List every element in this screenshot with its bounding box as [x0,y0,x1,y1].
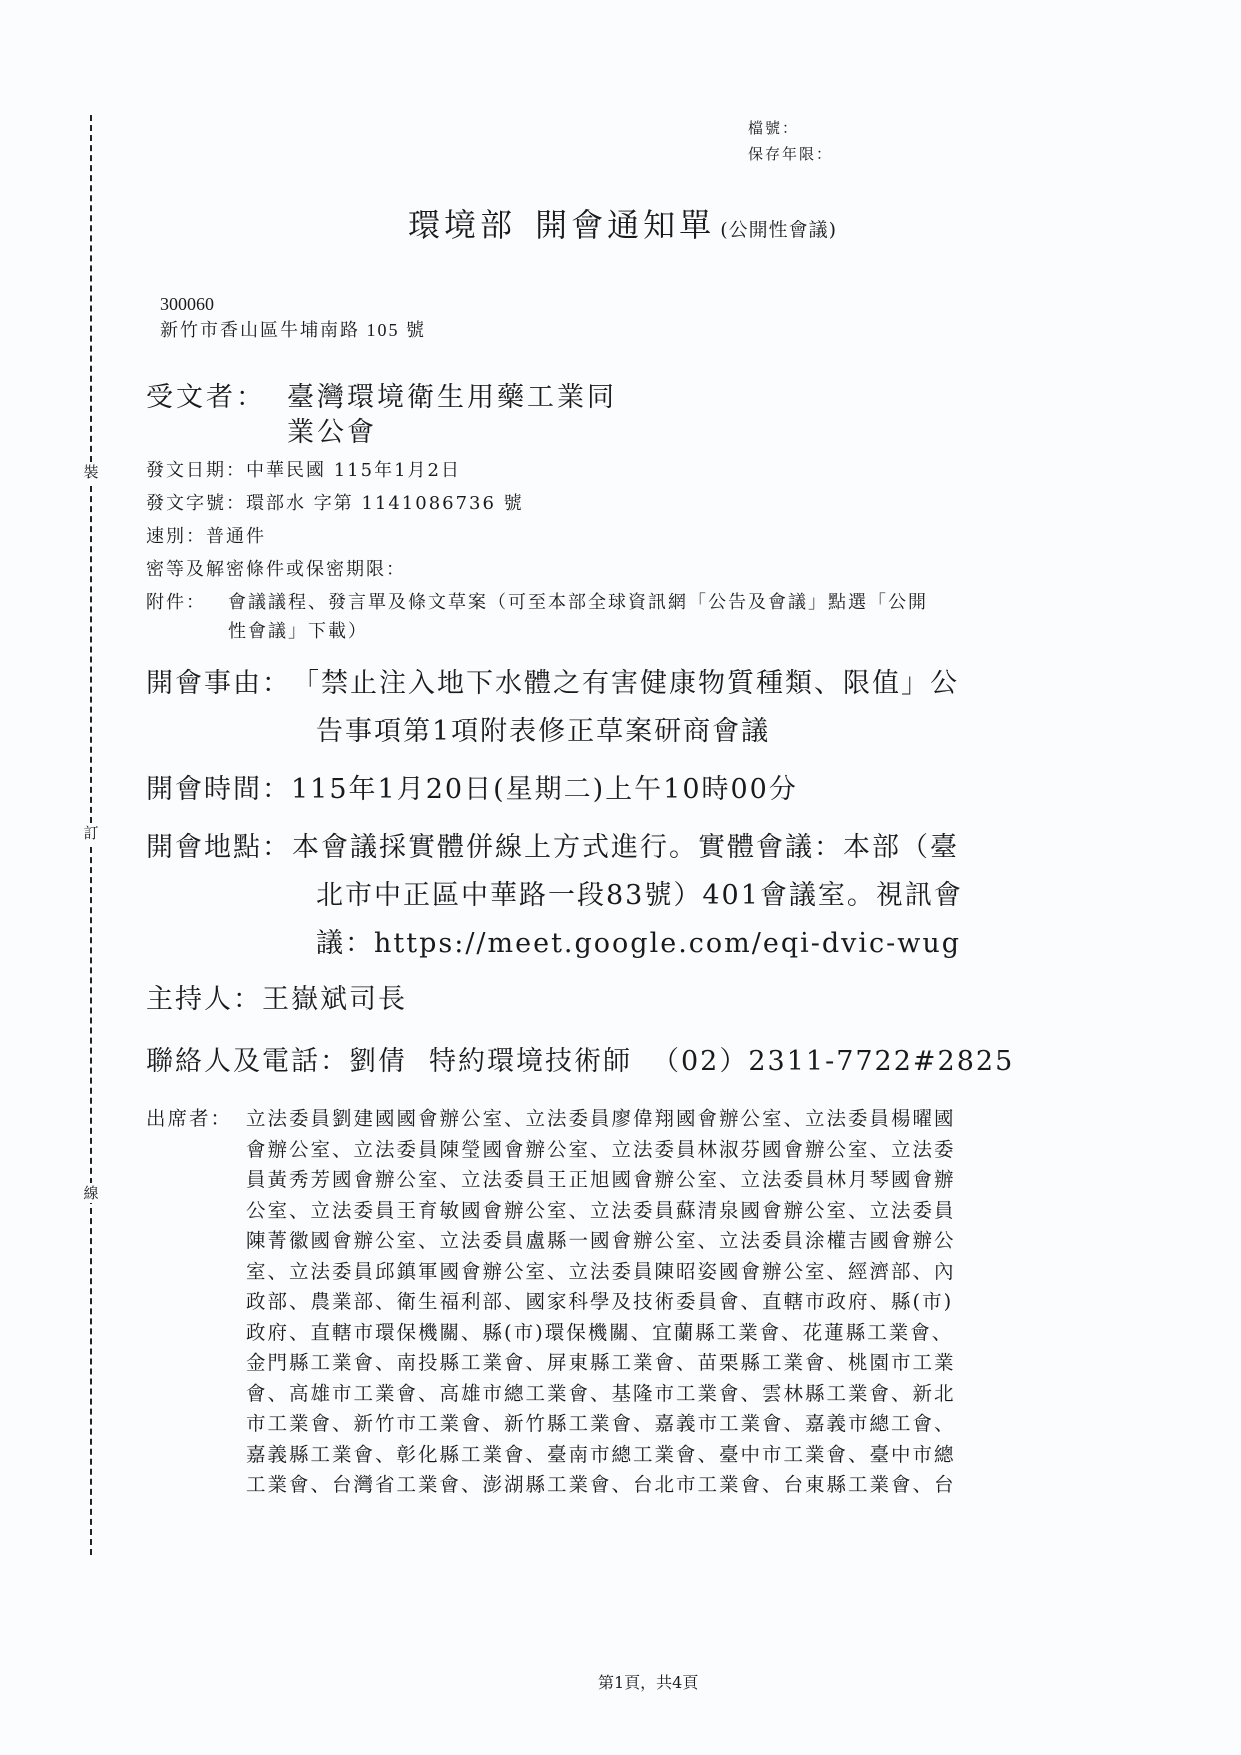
attendees-label: 出席者： [146,1104,232,1135]
meeting-reason-line-1: 「禁止注入地下水體之有害健康物質種類、限值」公 [292,662,959,706]
classification-label: 密等及解密條件或保密期限： [146,559,406,580]
meeting-location-line-3[interactable]: 議：https://meet.google.com/eqi-dvic-wug [316,922,961,966]
meeting-time-value: 115年1月20日(星期二)上午10時00分 [291,774,798,805]
attendees-line: 嘉義縣工業會、彰化縣工業會、臺南市總工業會、臺中市工業會、臺中市總 [246,1440,1146,1471]
issue-date-label: 發文日期： [146,460,246,481]
recipient-label: 受文者： [146,380,266,416]
attendees-line: 會、高雄市工業會、高雄市總工業會、基隆市工業會、雲林縣工業會、新北 [246,1379,1146,1410]
contact-row: 聯絡人及電話：劉倩特約環境技術師（02）2311-7722#2825 [146,1040,1014,1084]
attendees-line: 政部、農業部、衛生福利部、國家科學及技術委員會、直轄市政府、縣(市) [246,1287,1146,1318]
speed-label: 速別： [146,526,206,547]
attendees-line: 立法委員劉建國國會辦公室、立法委員廖偉翔國會辦公室、立法委員楊曜國 [246,1104,1146,1135]
title-org: 環境部 [408,206,516,244]
meeting-location-line-1: 本會議採實體併線上方式進行。實體會議：本部（臺 [292,826,959,870]
meeting-reason-line-2: 告事項第1項附表修正草案研商會議 [316,710,770,754]
issue-date-row: 發文日期：中華民國 115年1月2日 [146,456,461,486]
contact-label: 聯絡人及電話： [146,1046,349,1077]
attachment-label: 附件： [146,588,206,618]
doc-number-label: 發文字號： [146,493,246,514]
attendees-list: 立法委員劉建國國會辦公室、立法委員廖偉翔國會辦公室、立法委員楊曜國 會辦公室、立… [246,1104,1146,1501]
page-indicator: 第1頁，共4頁 [598,1670,698,1693]
attendees-line: 室、立法委員邱鎮軍國會辦公室、立法委員陳昭姿國會辦公室、經濟部、內 [246,1257,1146,1288]
contact-phone: （02）2311-7722#2825 [652,1046,1014,1077]
speed-row: 速別：普通件 [146,522,266,552]
recipient-line-1: 臺灣環境衛生用藥工業同 [287,380,617,416]
attendees-line: 會辦公室、立法委員陳瑩國會辦公室、立法委員林淑芬國會辦公室、立法委 [246,1135,1146,1166]
meeting-reason-label: 開會事由： [146,662,291,706]
issue-date-value: 中華民國 115年1月2日 [246,460,461,481]
classification-row: 密等及解密條件或保密期限： [146,555,406,585]
binding-label-zhuang: 裝 [80,462,102,482]
attendees-line: 金門縣工業會、南投縣工業會、屏東縣工業會、苗栗縣工業會、桃園市工業 [246,1348,1146,1379]
title-doc-type: 開會通知單 [535,206,715,244]
doc-number-value: 環部水 字第 1141086736 號 [246,493,524,514]
meeting-location-line-2: 北市中正區中華路一段83號）401會議室。視訊會 [316,874,963,918]
attachment-line-2: 性會議」下載） [228,617,368,647]
binding-label-ding: 訂 [80,823,102,843]
binding-label-xian: 線 [80,1183,102,1203]
attendees-line: 公室、立法委員王育敏國會辦公室、立法委員蘇清泉國會辦公室、立法委員 [246,1196,1146,1227]
meeting-time-label: 開會時間： [146,774,291,805]
retention-period-label: 保存年限： [748,141,833,167]
contact-title: 特約環境技術師 [429,1046,632,1077]
chair-label: 主持人： [146,984,262,1015]
chair-value: 王嶽斌司長 [262,984,407,1015]
meeting-time-row: 開會時間：115年1月20日(星期二)上午10時00分 [146,768,798,812]
chair-row: 主持人：王嶽斌司長 [146,978,407,1022]
contact-name: 劉倩 [349,1046,407,1077]
attendees-line: 員黃秀芳國會辦公室、立法委員王正旭國會辦公室、立法委員林月琴國會辦 [246,1165,1146,1196]
sender-address: 新竹市香山區牛埔南路 105 號 [160,317,426,343]
attendees-line: 市工業會、新竹市工業會、新竹縣工業會、嘉義市工業會、嘉義市總工會、 [246,1409,1146,1440]
recipient-line-2: 業公會 [287,415,377,451]
attendees-line: 工業會、台灣省工業會、澎湖縣工業會、台北市工業會、台東縣工業會、台 [246,1470,1146,1501]
title-note: (公開性會議) [720,219,837,241]
meeting-location-label: 開會地點： [146,826,291,870]
doc-number-row: 發文字號：環部水 字第 1141086736 號 [146,489,524,519]
speed-value: 普通件 [206,526,266,547]
attendees-line: 政府、直轄市環保機關、縣(市)環保機關、宜蘭縣工業會、花蓮縣工業會、 [246,1318,1146,1349]
page-title: 環境部 開會通知單 (公開性會議) [408,200,837,246]
attachment-line-1: 會議議程、發言單及條文草案（可至本部全球資訊網「公告及會議」點選「公開 [228,588,928,618]
postal-code: 300060 [160,291,214,317]
attendees-line: 陳菁徽國會辦公室、立法委員盧縣一國會辦公室、立法委員涂權吉國會辦公 [246,1226,1146,1257]
file-number-label: 檔號： [748,115,799,141]
